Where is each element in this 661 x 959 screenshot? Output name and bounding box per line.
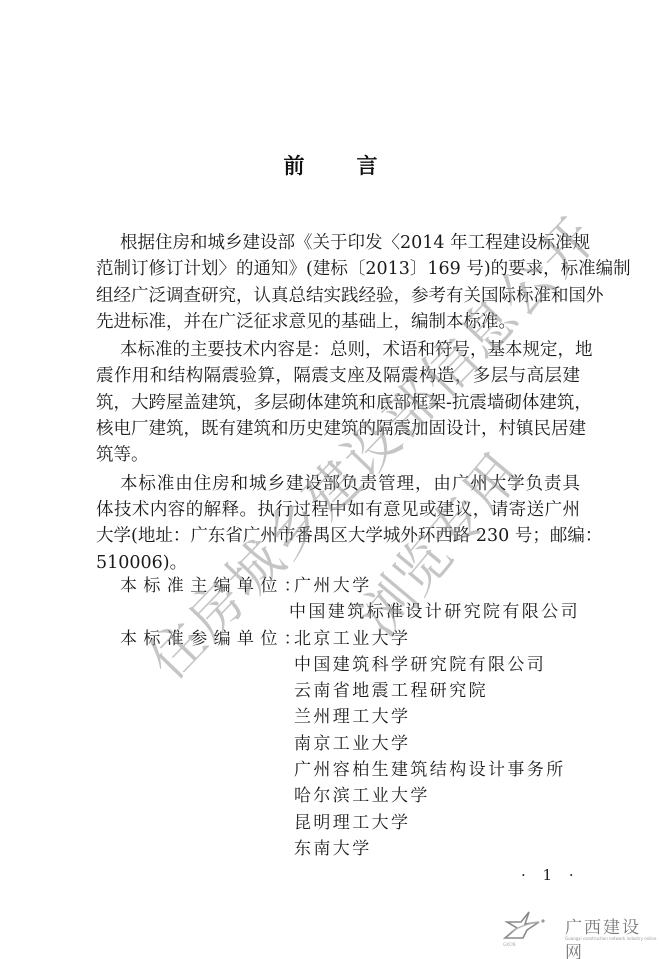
paragraph-line: 体技术内容的解释。执行过程中如有意见或建议，请寄送广州 bbox=[96, 497, 580, 523]
paragraph-line: 本标准由住房和城乡建设部负责管理，由广州大学负责具 bbox=[96, 471, 580, 497]
participating-unit: 南京工业大学 bbox=[294, 731, 410, 757]
chief-editor-unit: 广州大学 bbox=[294, 573, 372, 599]
participating-editor-row: 昆明理工大学 bbox=[96, 810, 580, 836]
participating-unit: 昆明理工大学 bbox=[294, 810, 410, 836]
participating-editor-row: 云南省地震工程研究院 bbox=[96, 678, 580, 704]
page-number: · 1 · bbox=[521, 866, 580, 884]
participating-unit: 中国建筑科学研究院有限公司 bbox=[294, 652, 546, 678]
paragraph-line: 510006)。 bbox=[96, 550, 580, 576]
paragraph-line: 震作用和结构隔震验算，隔震支座及隔震构造，多层与高层建 bbox=[96, 363, 580, 389]
page-title: 前言 bbox=[0, 150, 661, 180]
paragraph-line: 根据住房和城乡建设部《关于印发〈2014 年工程建设标准规 bbox=[96, 230, 580, 256]
paragraph-line: 范制订修订计划〉的通知》(建标〔2013〕169 号)的要求，标准编制 bbox=[96, 256, 580, 282]
participating-editor-row: 哈尔滨工业大学 bbox=[96, 783, 580, 809]
preface-body: 根据住房和城乡建设部《关于印发〈2014 年工程建设标准规 范制订修订计划〉的通… bbox=[96, 230, 580, 576]
chief-editor-unit: 中国建筑标准设计研究院有限公司 bbox=[289, 599, 580, 625]
paragraph-line: 组经广泛调查研究，认真总结实践经验，参考有关国际标准和国外 bbox=[96, 283, 580, 309]
participating-editor-label: 本标准参编单位： bbox=[96, 626, 294, 652]
paragraph-line: 先进标准，并在广泛征求意见的基础上，编制本标准。 bbox=[96, 309, 580, 335]
paragraph-line: 本标准的主要技术内容是：总则，术语和符号，基本规定，地 bbox=[96, 337, 580, 363]
document-page: 前言 根据住房和城乡建设部《关于印发〈2014 年工程建设标准规 范制订修订计划… bbox=[0, 0, 661, 959]
chief-editor-row: 中国建筑标准设计研究院有限公司 bbox=[96, 599, 580, 625]
editor-units: 本标准主编单位： 广州大学 中国建筑标准设计研究院有限公司 本标准参编单位： 北… bbox=[96, 573, 580, 862]
participating-editor-row: 东南大学 bbox=[96, 836, 580, 862]
participating-unit: 云南省地震工程研究院 bbox=[294, 678, 488, 704]
star-logo-icon bbox=[503, 910, 545, 940]
paragraph-3: 本标准由住房和城乡建设部负责管理，由广州大学负责具 体技术内容的解释。执行过程中… bbox=[96, 471, 580, 576]
paragraph-2: 本标准的主要技术内容是：总则，术语和符号，基本规定，地 震作用和结构隔震验算，隔… bbox=[96, 337, 580, 468]
paragraph-1: 根据住房和城乡建设部《关于印发〈2014 年工程建设标准规 范制订修订计划〉的通… bbox=[96, 230, 580, 335]
participating-unit: 北京工业大学 bbox=[294, 626, 410, 652]
paragraph-line: 大学(地址：广东省广州市番禺区大学城外环西路 230 号；邮编： bbox=[96, 523, 580, 549]
participating-editor-row: 本标准参编单位： 北京工业大学 bbox=[96, 626, 580, 652]
paragraph-line: 筑等。 bbox=[96, 442, 580, 468]
participating-unit: 兰州理工大学 bbox=[294, 704, 410, 730]
participating-editor-row: 兰州理工大学 bbox=[96, 704, 580, 730]
participating-editor-row: 南京工业大学 bbox=[96, 731, 580, 757]
title-char-2: 言 bbox=[357, 150, 378, 180]
participating-unit: 广州容柏生建筑结构设计事务所 bbox=[294, 757, 566, 783]
participating-editor-row: 广州容柏生建筑结构设计事务所 bbox=[96, 757, 580, 783]
participating-unit: 哈尔滨工业大学 bbox=[294, 783, 430, 809]
logo-sub: GXCIN bbox=[503, 942, 516, 947]
logo-tagline: Guangxi construction network industry on… bbox=[565, 936, 656, 941]
site-logo: 广西建设网 Guangxi construction network indus… bbox=[503, 908, 658, 953]
chief-editor-label: 本标准主编单位： bbox=[96, 573, 294, 599]
participating-unit: 东南大学 bbox=[294, 836, 372, 862]
paragraph-line: 筑，大跨屋盖建筑，多层砌体建筑和底部框架-抗震墙砌体建筑， bbox=[96, 390, 580, 416]
title-char-1: 前 bbox=[284, 150, 305, 180]
chief-editor-row: 本标准主编单位： 广州大学 bbox=[96, 573, 580, 599]
participating-editor-row: 中国建筑科学研究院有限公司 bbox=[96, 652, 580, 678]
paragraph-line: 核电厂建筑，既有建筑和历史建筑的隔震加固设计，村镇民居建 bbox=[96, 416, 580, 442]
